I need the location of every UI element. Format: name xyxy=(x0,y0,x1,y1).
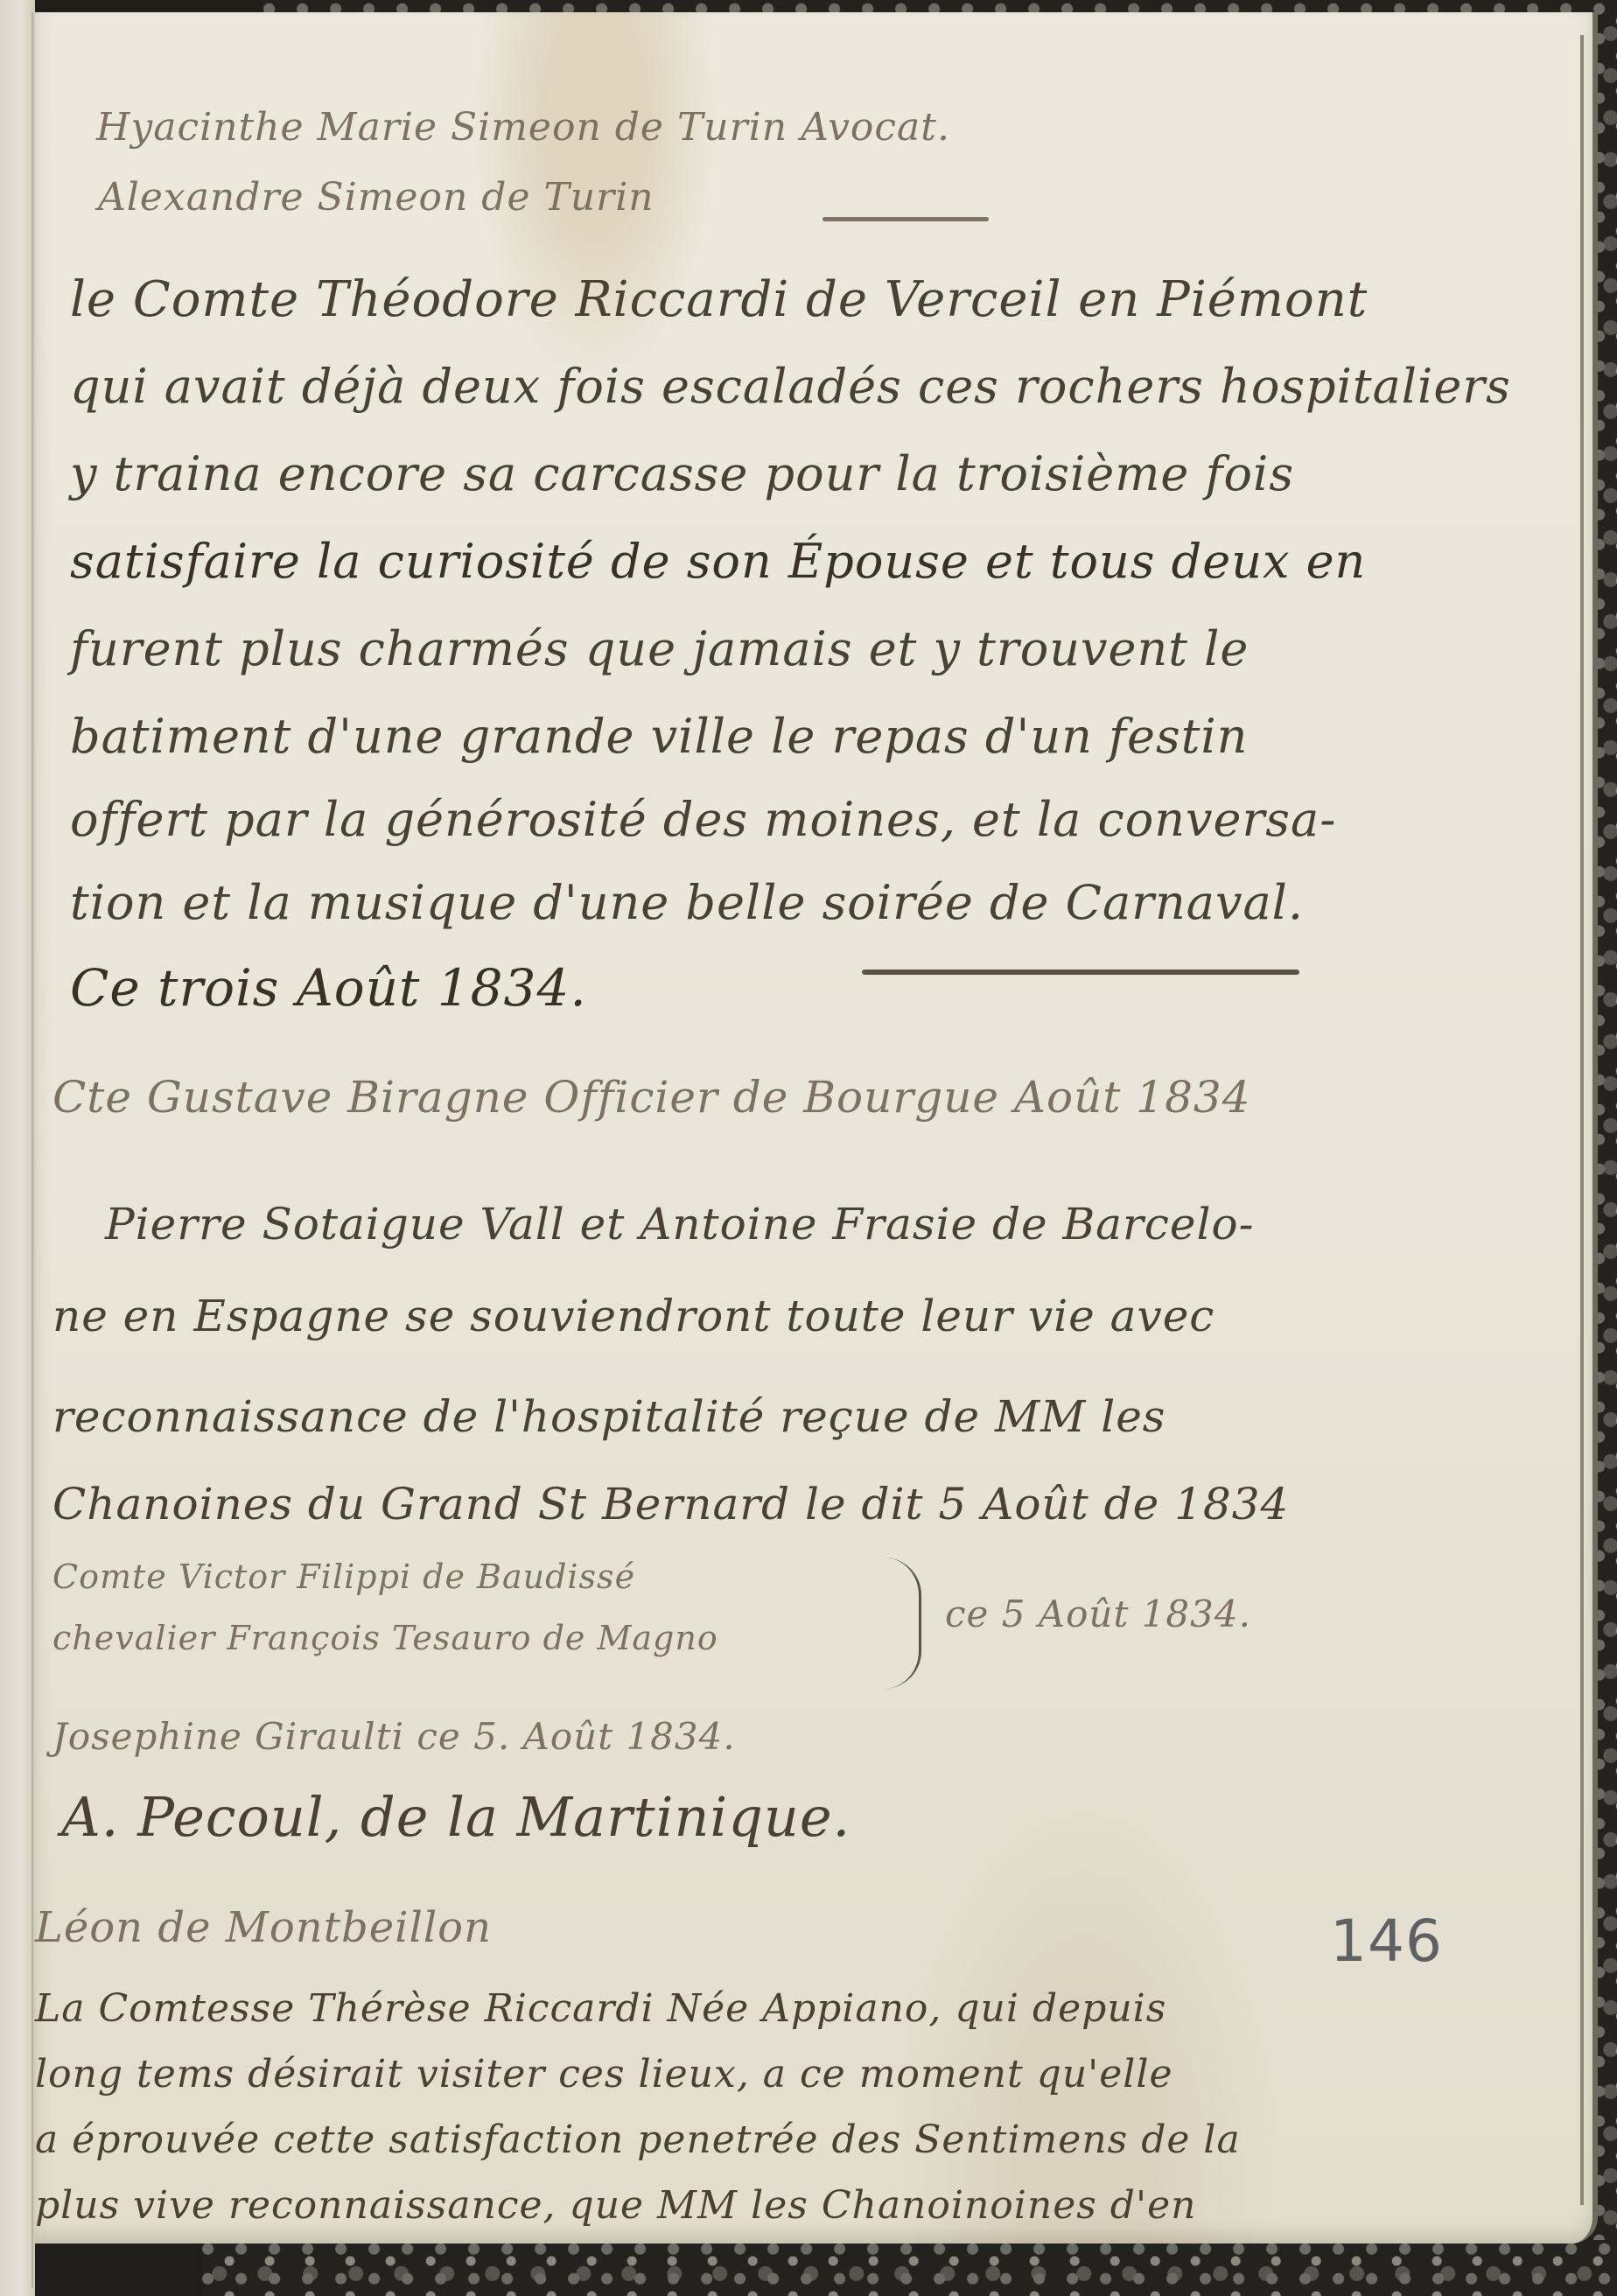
entry-comtesse-line-4: plus vive reconnaissance, que MM les Cha… xyxy=(35,2183,1196,2228)
entry-riccardi-line-1: le Comte Théodore Riccardi de Verceil en… xyxy=(70,271,1368,328)
entry-pecoul: A. Pecoul, de la Martinique. xyxy=(61,1785,850,1849)
flourish-line xyxy=(862,969,1299,975)
gutter-line xyxy=(31,12,33,2287)
flourish-line xyxy=(822,217,989,221)
entry-riccardi-line-8: tion et la musique d'une belle soirée de… xyxy=(70,875,1304,930)
entry-riccardi-line-6: batiment d'une grande ville le repas d'u… xyxy=(70,709,1248,764)
entry-riccardi-line-2: qui avait déjà deux fois escaladés ces r… xyxy=(70,359,1511,414)
entry-barcelona-line-2: ne en Espagne se souviendront toute leur… xyxy=(52,1291,1214,1341)
entry-comtesse-line-1: La Comtesse Thérèse Riccardi Née Appiano… xyxy=(35,1986,1166,2031)
page-number: 146 xyxy=(1330,1907,1443,1975)
entry-leon-montbeillon: Léon de Montbeillon xyxy=(35,1903,492,1952)
entry-riccardi-line-7: offert par la générosité des moines, et … xyxy=(70,792,1336,847)
entry-riccardi-line-3: y traina encore sa carcasse pour la troi… xyxy=(70,446,1294,501)
entry-filippi-date: ce 5 Août 1834. xyxy=(945,1592,1251,1635)
entry-hyacinthe-simeon: Hyacinthe Marie Simeon de Turin Avocat. xyxy=(96,105,950,150)
entry-riccardi-date: Ce trois Août 1834. xyxy=(70,958,587,1018)
brace-bracket xyxy=(884,1557,921,1689)
entry-riccardi-line-4: satisfaire la curiosité de son Épouse et… xyxy=(70,534,1366,589)
entry-barcelona-line-4: Chanoines du Grand St Bernard le dit 5 A… xyxy=(52,1479,1289,1529)
entry-tesauro: chevalier François Tesauro de Magno xyxy=(52,1619,718,1657)
page-edge xyxy=(1580,35,1584,2205)
entry-barcelona-line-1: Pierre Sotaigue Vall et Antoine Frasie d… xyxy=(105,1199,1254,1249)
entry-riccardi-line-5: furent plus charmés que jamais et y trou… xyxy=(70,621,1249,676)
entry-gustave-biragne: Cte Gustave Biragne Officier de Bourgue … xyxy=(52,1072,1251,1123)
entry-barcelona-line-3: reconnaissance de l'hospitalité reçue de… xyxy=(52,1391,1165,1442)
facing-page-edge xyxy=(0,0,35,2296)
marbled-cover-bottom xyxy=(201,2240,1617,2296)
entry-alexandre-simeon: Alexandre Simeon de Turin xyxy=(98,175,654,220)
entry-comtesse-line-2: long tems désirait visiter ces lieux, a … xyxy=(35,2052,1173,2096)
entry-comtesse-line-3: a éprouvée cette satisfaction penetrée d… xyxy=(35,2117,1241,2162)
entry-filippi: Comte Victor Filippi de Baudissé xyxy=(52,1557,635,1596)
entry-josephine: Josephine Giraulti ce 5. Août 1834. xyxy=(52,1715,736,1758)
